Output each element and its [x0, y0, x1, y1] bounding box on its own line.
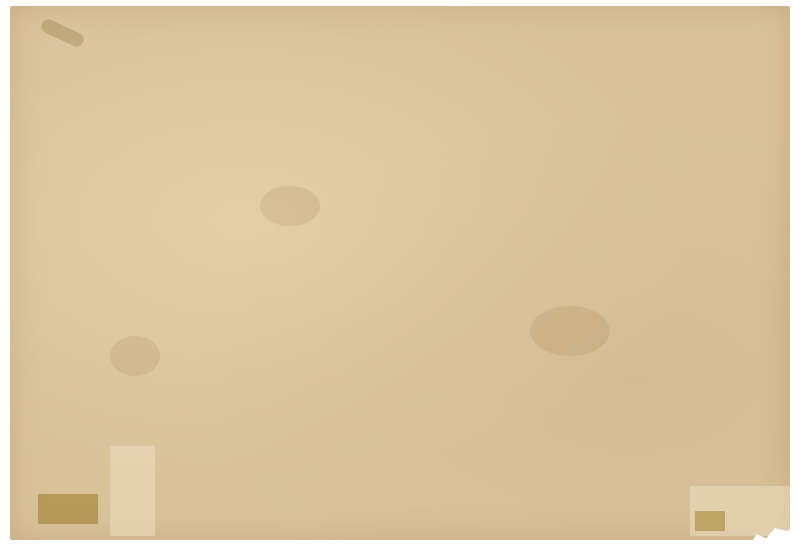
top-left-mark	[39, 17, 86, 49]
stain-spot	[530, 306, 610, 356]
pale-patch-left	[110, 446, 155, 536]
stain-spot	[110, 336, 160, 376]
stain-spot	[260, 186, 320, 226]
tape-residue-right	[695, 511, 725, 531]
tape-residue-left	[38, 494, 98, 524]
paper-card	[10, 6, 790, 540]
